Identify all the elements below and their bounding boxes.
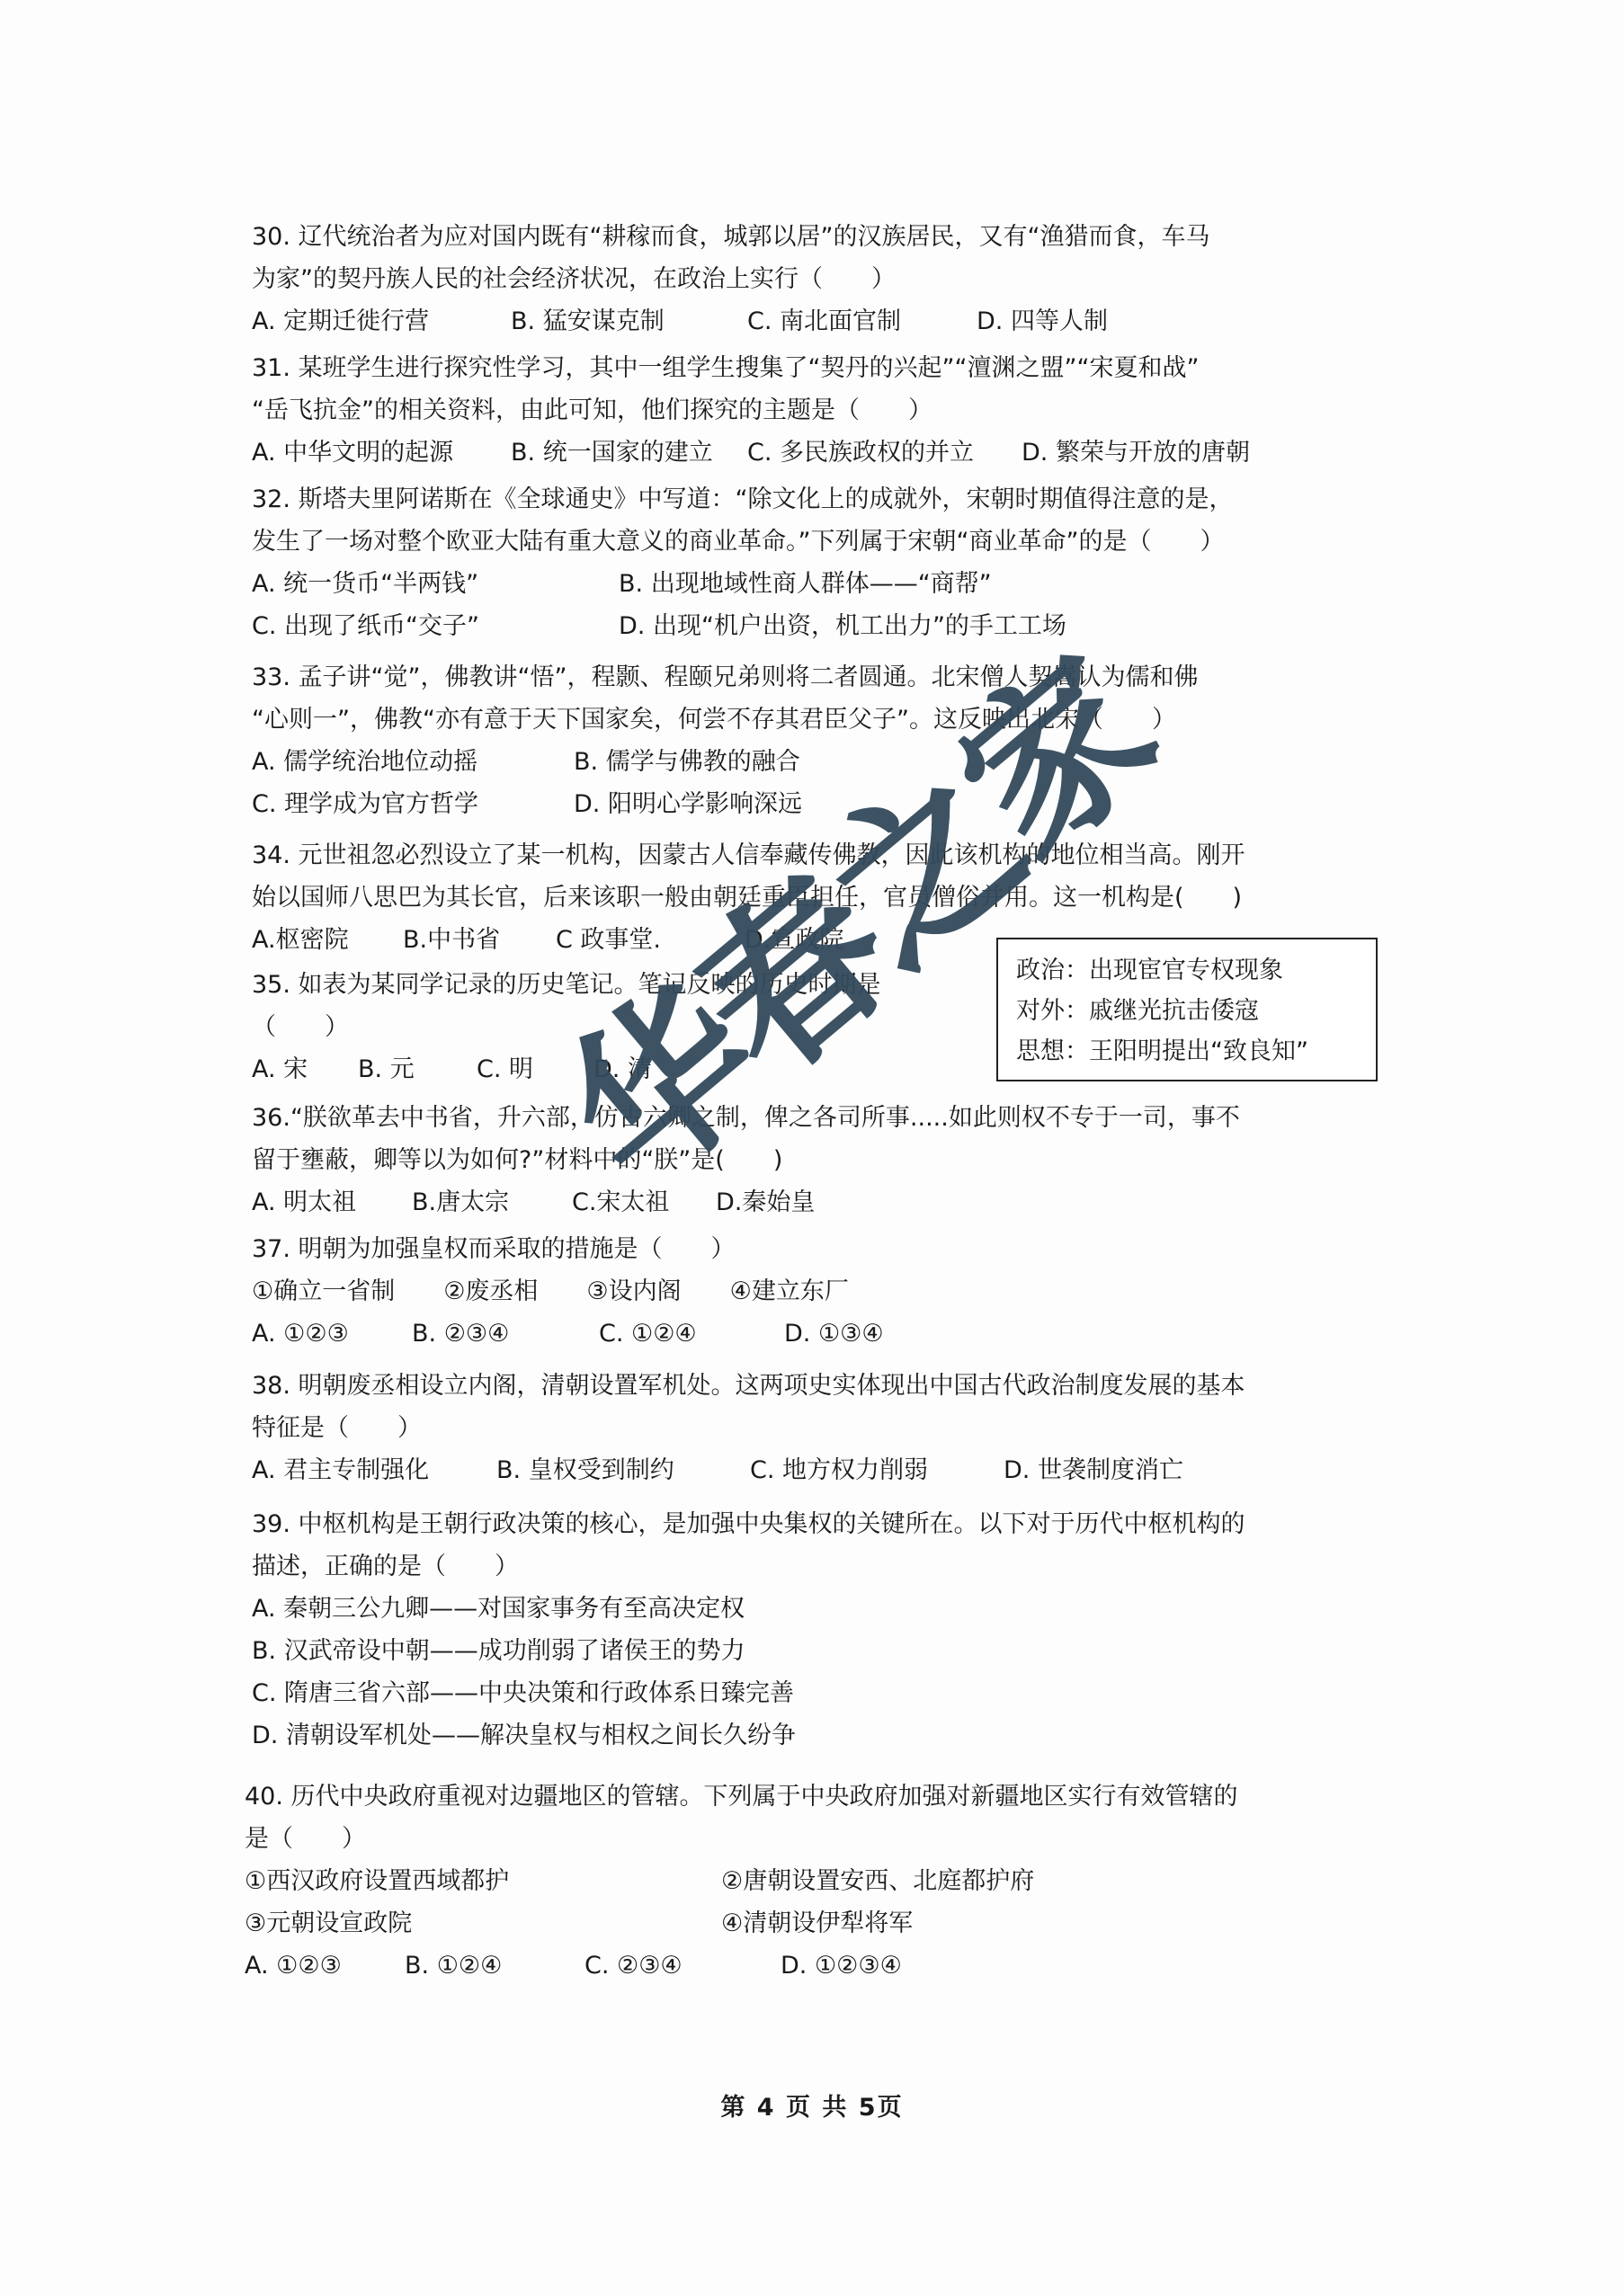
option-a: A. 明太祖 [252,1181,412,1224]
question-text: “心则一”，佛教“亦有意于天下国家矣，何尝不存其君臣父子”。这反映出北宋（ ） [252,699,1376,741]
option-d: D. 世袭制度消亡 [1004,1449,1183,1491]
option-c: C. 理学成为官方哲学 [252,783,574,825]
option-a: A. 君主专制强化 [252,1449,496,1491]
history-notes-box: 政治：出现宦官专权现象 对外：戚继光抗击倭寇 思想：王阳明提出“致良知” [996,938,1378,1081]
option-c: C. 多民族政权的并立 [747,432,1022,474]
option-d: D. 四等人制 [977,300,1108,343]
option-c: C 政事堂. [556,919,745,961]
option-b: B. 出现地域性商人群体——“商帮” [619,563,992,605]
item-1: ①西汉政府设置西域都护 [245,1860,721,1902]
option-d: D. ①③④ [784,1313,884,1355]
question-text: 为家”的契丹族人民的社会经济状况，在政治上实行（ ） [252,258,1376,300]
option-a: A.枢密院 [252,919,403,961]
option-d: D. 清 [593,1048,652,1090]
question-items: ①确立一省制 ②废丞相 ③设内阁 ④建立东厂 [252,1270,1376,1313]
question-text: 38. 明朝废丞相设立内阁，清朝设置军机处。这两项史实体现出中国古代政治制度发展… [252,1365,1376,1407]
question-text: 是（ ） [245,1818,1369,1860]
question-text: 33. 孟子讲“觉”，佛教讲“悟”，程颢、程颐兄弟则将二者圆通。北宋僧人契嵩认为… [252,656,1376,699]
options: A. 中华文明的起源 B. 统一国家的建立 C. 多民族政权的并立 D. 繁荣与… [252,432,1376,474]
option-d: D.秦始皇 [716,1181,815,1224]
option-c: C. 明 [477,1048,593,1090]
options: A. ①②③ B. ①②④ C. ②③④ D. ①②③④ [245,1944,1369,1987]
option-c: C. 出现了纸币“交子” [252,605,619,647]
option-d: D. 阳明心学影响深远 [574,783,802,825]
options: A. ①②③ B. ②③④ C. ①②④ D. ①③④ [252,1313,1376,1355]
question-text: 特征是（ ） [252,1407,1376,1449]
question-text: 始以国师八思巴为其长官，后来该职一般由朝廷重臣担任，官员僧俗并用。这一机构是( … [252,877,1376,919]
option-a: A. 中华文明的起源 [252,432,511,474]
option-d: D. ①②③④ [781,1944,902,1987]
question-text: 31. 某班学生进行探究性学习，其中一组学生搜集了“契丹的兴起”“澶渊之盟”“宋… [252,347,1376,389]
option-c: C. 南北面官制 [747,300,977,343]
option-d: D. 出现“机户出资，机工出力”的手工工场 [619,605,1066,647]
options-row-2: C. 出现了纸币“交子” D. 出现“机户出资，机工出力”的手工工场 [252,605,1376,647]
option-a: A. ①②③ [245,1944,405,1987]
question-37: 37. 明朝为加强皇权而采取的措施是（ ） ①确立一省制 ②废丞相 ③设内阁 ④… [252,1228,1376,1355]
question-31: 31. 某班学生进行探究性学习，其中一组学生搜集了“契丹的兴起”“澶渊之盟”“宋… [252,347,1376,474]
question-text: 40. 历代中央政府重视对边疆地区的管辖。下列属于中央政府加强对新疆地区实行有效… [245,1775,1369,1818]
option-a: A. 儒学统治地位动摇 [252,741,574,783]
option-b: B.唐太宗 [412,1181,572,1224]
option-a: A. 秦朝三公九卿——对国家事务有至高决定权 [252,1588,1376,1630]
note-thought: 思想：王阳明提出“致良知” [1016,1031,1363,1072]
question-text: 发生了一场对整个欧亚大陆有重大意义的商业革命。”下列属于宋朝“商业革命”的是（ … [252,521,1376,563]
question-text: 35. 如表为某同学记录的历史笔记。笔记反映的历史时期是 [252,964,989,1006]
question-text: 留于壅蔽，卿等以为如何?”材料中的“朕”是( ) [252,1139,1376,1181]
option-b: B. ②③④ [412,1313,599,1355]
question-36: 36.“朕欲革去中书省，升六部，仿古六卿之制，俾之各司所事.....如此则权不专… [252,1097,1376,1224]
option-b: B. ①②④ [405,1944,584,1987]
options-row-1: A. 统一货币“半两钱” B. 出现地域性商人群体——“商帮” [252,563,1376,605]
note-politics: 政治：出现宦官专权现象 [1016,950,1363,991]
item-3: ③元朝设宣政院 [245,1902,721,1944]
item-4: ④清朝设伊犁将军 [721,1902,913,1944]
item-2: ②唐朝设置安西、北庭都护府 [721,1860,1034,1902]
options: A. 明太祖 B.唐太宗 C.宋太祖 D.秦始皇 [252,1181,1376,1224]
option-b: B.中书省 [403,919,556,961]
question-text: 39. 中枢机构是王朝行政决策的核心，是加强中央集权的关键所在。以下对于历代中枢… [252,1503,1376,1545]
items-row-1: ①西汉政府设置西域都护 ②唐朝设置安西、北庭都护府 [245,1860,1369,1902]
options-row-1: A. 儒学统治地位动摇 B. 儒学与佛教的融合 [252,741,1376,783]
question-30: 30. 辽代统治者为应对国内既有“耕稼而食，城郭以居”的汉族居民，又有“渔猎而食… [252,216,1376,343]
option-a: A. 统一货币“半两钱” [252,563,619,605]
options: A. 君主专制强化 B. 皇权受到制约 C. 地方权力削弱 D. 世袭制度消亡 [252,1449,1376,1491]
option-b: B. 皇权受到制约 [496,1449,750,1491]
question-39: 39. 中枢机构是王朝行政决策的核心，是加强中央集权的关键所在。以下对于历代中枢… [252,1503,1376,1757]
option-d: D. 清朝设军机处——解决皇权与相权之间长久纷争 [252,1714,1376,1757]
question-text: 32. 斯塔夫里阿诺斯在《全球通史》中写道：“除文化上的成就外，宋朝时期值得注意… [252,478,1376,521]
question-text: 34. 元世祖忽必烈设立了某一机构，因蒙古人信奉藏传佛教，因此该机构的地位相当高… [252,834,1376,877]
page-number: 第 4 页 共 5页 [0,2087,1624,2122]
question-35: 35. 如表为某同学记录的历史笔记。笔记反映的历史时期是 （ ） A. 宋 B.… [252,964,989,1090]
option-b: B. 猛安谋克制 [511,300,747,343]
option-a: A. ①②③ [252,1313,412,1355]
question-text: 36.“朕欲革去中书省，升六部，仿古六卿之制，俾之各司所事.....如此则权不专… [252,1097,1376,1139]
question-text: 30. 辽代统治者为应对国内既有“耕稼而食，城郭以居”的汉族居民，又有“渔猎而食… [252,216,1376,258]
option-a: A. 定期迁徙行营 [252,300,511,343]
option-d: D.宣政院 [745,919,843,961]
options: A. 定期迁徙行营 B. 猛安谋克制 C. 南北面官制 D. 四等人制 [252,300,1376,343]
options: A. 宋 B. 元 C. 明 D. 清 [252,1048,989,1090]
question-text: （ ） [252,1006,989,1048]
items-row-2: ③元朝设宣政院 ④清朝设伊犁将军 [245,1902,1369,1944]
question-33: 33. 孟子讲“觉”，佛教讲“悟”，程颢、程颐兄弟则将二者圆通。北宋僧人契嵩认为… [252,656,1376,825]
option-c: C. 隋唐三省六部——中央决策和行政体系日臻完善 [252,1672,1376,1714]
options-row-2: C. 理学成为官方哲学 D. 阳明心学影响深远 [252,783,1376,825]
option-b: B. 元 [358,1048,477,1090]
question-40: 40. 历代中央政府重视对边疆地区的管辖。下列属于中央政府加强对新疆地区实行有效… [245,1775,1369,1987]
option-c: C. ②③④ [584,1944,781,1987]
option-c: C. ①②④ [599,1313,784,1355]
exam-page: 30. 辽代统治者为应对国内既有“耕稼而食，城郭以居”的汉族居民，又有“渔猎而食… [0,0,1624,2296]
option-b: B. 汉武帝设中朝——成功削弱了诸侯王的势力 [252,1630,1376,1672]
question-32: 32. 斯塔夫里阿诺斯在《全球通史》中写道：“除文化上的成就外，宋朝时期值得注意… [252,478,1376,647]
question-text: 37. 明朝为加强皇权而采取的措施是（ ） [252,1228,1376,1270]
question-text: 描述，正确的是（ ） [252,1545,1376,1588]
option-b: B. 统一国家的建立 [511,432,747,474]
option-b: B. 儒学与佛教的融合 [574,741,800,783]
question-38: 38. 明朝废丞相设立内阁，清朝设置军机处。这两项史实体现出中国古代政治制度发展… [252,1365,1376,1491]
note-foreign: 对外：戚继光抗击倭寇 [1016,991,1363,1031]
option-c: C.宋太祖 [572,1181,716,1224]
option-a: A. 宋 [252,1048,358,1090]
option-d: D. 繁荣与开放的唐朝 [1022,432,1250,474]
question-text: “岳飞抗金”的相关资料，由此可知，他们探究的主题是（ ） [252,389,1376,432]
option-c: C. 地方权力削弱 [750,1449,1004,1491]
